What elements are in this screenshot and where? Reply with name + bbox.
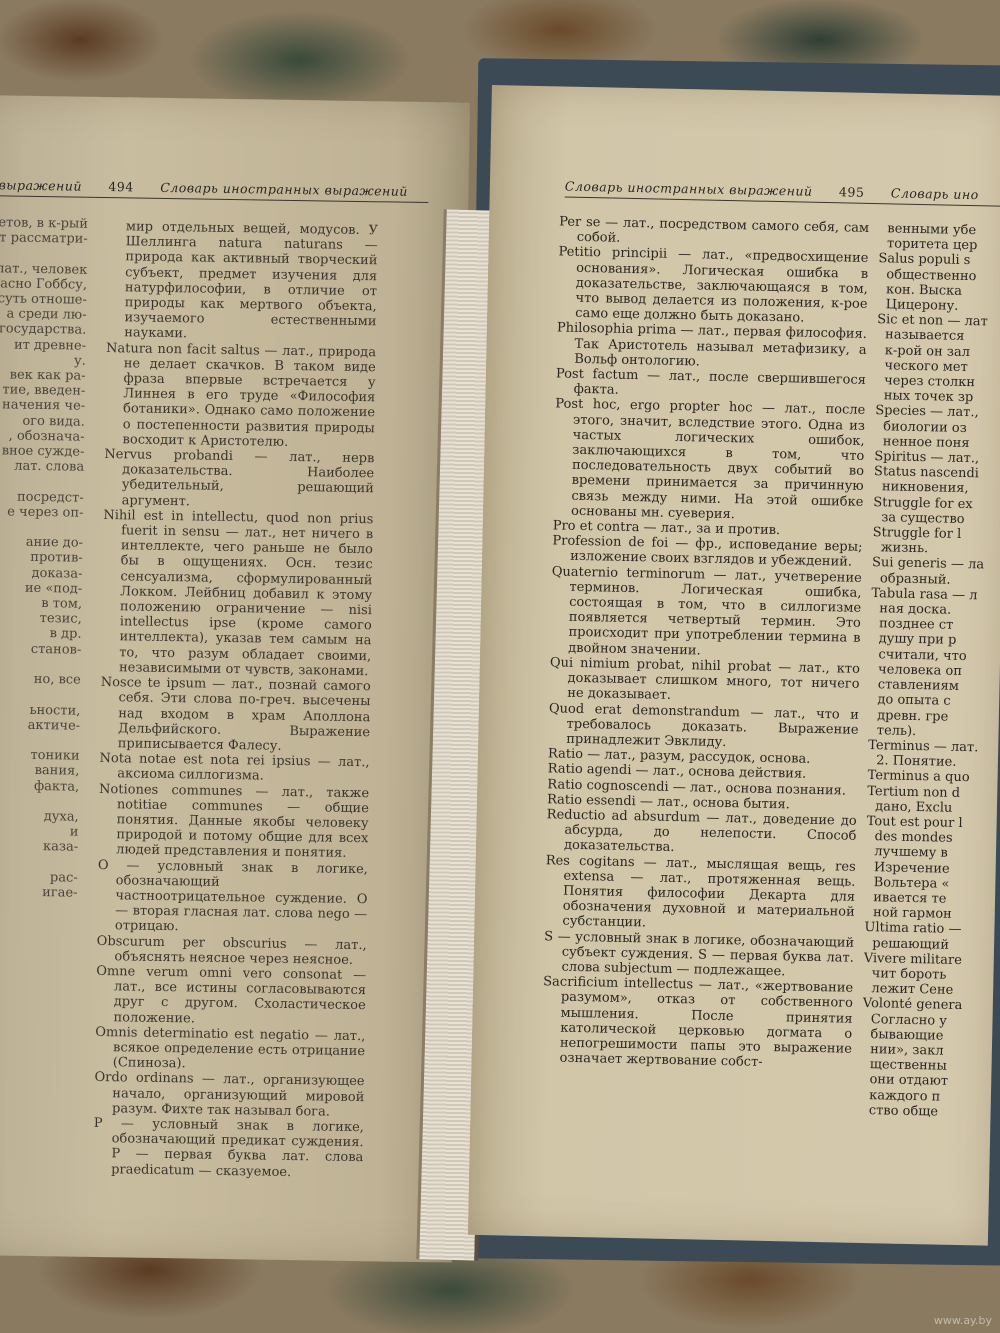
entry-term: Ratio — [548, 746, 583, 762]
entry-term: Nosce te ipsum — [101, 675, 207, 692]
dictionary-entry: O — условный знак в логике, обозначающий… — [97, 857, 368, 937]
entry-definition: — условный знак в логике, обозначающий с… — [553, 929, 854, 979]
cropped-text-line: в том, — [0, 595, 82, 612]
dictionary-entry: Qui nimium probat, nihil probat — лат., … — [549, 655, 860, 707]
dictionary-entry: Res cogitans — лат., мыслящая вещь, res … — [544, 853, 856, 935]
cropped-text-line — [0, 686, 81, 703]
cropped-text-line — [0, 793, 79, 810]
cropped-text-line: ят рассматри- — [0, 230, 88, 247]
cropped-text-line: посредст- — [0, 489, 84, 506]
entry-term: O — [98, 857, 109, 872]
dictionary-entry: Nota notae est nota rei ipsius — лат., а… — [99, 751, 369, 786]
cropped-text-line: станов- — [0, 641, 81, 658]
right-cut-column: венными убе торитета церSalus populi s о… — [860, 221, 1000, 1121]
right-running-head: Словарь иностранных выражений 495 Словар… — [565, 179, 1000, 207]
cropped-text-line: вное сужде- — [0, 443, 85, 460]
left-head-title: Словарь иностранных выражений — [160, 180, 408, 199]
cropped-text-line: вания, — [0, 762, 80, 779]
cropped-text-line: игае- — [0, 884, 78, 901]
cropped-text-line: асно Гоббсу, — [0, 276, 87, 293]
entry-definition: — лат., посредством самого себя, сам соб… — [577, 215, 870, 246]
cropped-text-line: ство обще — [860, 1103, 990, 1121]
cropped-text-line: ание до- — [0, 534, 83, 551]
entry-term: Ordo ordinans — [94, 1070, 193, 1087]
cropped-text-line: факта, — [0, 777, 79, 794]
entry-definition: — лат., «жертвование разумом», отказ от … — [559, 978, 853, 1070]
carpet-background-bottom — [0, 1203, 1000, 1333]
cropped-text-line: ит древне- — [0, 337, 86, 354]
cropped-text-line: против- — [0, 549, 83, 566]
dictionary-entry: мир отдельных вещей, модусов. У Шеллинга… — [106, 219, 378, 345]
cropped-text-line — [0, 656, 81, 673]
cropped-text-line — [0, 519, 83, 536]
left-page: выражений 494 Словарь иностранных выраже… — [0, 95, 470, 1263]
dictionary-entry: Notiones communes — лат., также notitiae… — [98, 781, 369, 861]
cropped-text-line: и — [0, 823, 79, 840]
left-main-column: мир отдельных вещей, модусов. У Шеллинга… — [93, 219, 378, 1181]
dictionary-entry: Omne verum omni vero consonat — лат., вс… — [95, 964, 366, 1029]
cropped-text-line: тезис, — [0, 610, 82, 627]
left-page-number: 494 — [108, 179, 134, 194]
cropped-text-line: у. — [0, 352, 86, 369]
entry-term: Petitio principii — [558, 245, 667, 262]
left-running-head: выражений 494 Словарь иностранных выраже… — [0, 177, 429, 203]
cropped-text-line: , обознача- — [0, 428, 85, 445]
entry-term: Per se — [559, 214, 601, 230]
cropped-text-line: е через оп- — [0, 504, 84, 521]
dictionary-entry: Reductio ad absurdum — лат., доведение д… — [546, 807, 857, 859]
cropped-text-line: ие «под- — [0, 580, 82, 597]
cropped-text-line: лат. слова — [0, 458, 84, 475]
dictionary-entry: Ordo ordinans — лат., организующее начал… — [94, 1070, 365, 1120]
dictionary-entry: Nihil est in intellectu, quod non prius … — [101, 508, 374, 679]
cropped-text-line — [0, 245, 88, 262]
entry-definition: — лат., нет ничего в интеллекте, чего ра… — [119, 525, 373, 679]
cropped-text-line: а среди лю- — [0, 306, 87, 323]
entry-term: P — [94, 1116, 103, 1131]
cropped-text-line: тоники — [0, 747, 80, 764]
entry-definition: мир отдельных вещей, модусов. У Шеллинга… — [124, 219, 378, 341]
cropped-text-line: лат., человек — [0, 261, 87, 278]
entry-term: Res cogitans — [546, 853, 635, 870]
entry-definition: — лат., учетверение терминов. Логическая… — [568, 567, 862, 658]
entry-term: S — [544, 929, 553, 944]
cropped-text-line — [0, 473, 84, 490]
cropped-text-line: век как ра- — [0, 367, 86, 384]
watermark: www.ay.by — [934, 1314, 992, 1327]
dictionary-entry: Philosophia prima — лат., первая философ… — [556, 321, 867, 373]
cropped-text-line: в др. — [0, 625, 82, 642]
left-cut-column: метов, в к-рыйят рассматри- лат., челове… — [0, 215, 88, 901]
right-main-column: Per se — лат., посредством самого себя, … — [541, 214, 869, 1072]
entry-term: Ratio essendi — [547, 792, 636, 809]
cropped-text-line: актиче- — [0, 717, 80, 734]
dictionary-entry: Post hoc, ergo propter hoc — лат., после… — [553, 397, 865, 525]
right-head-title: Словарь иностранных выражений — [565, 179, 813, 199]
entry-definition: — лат., после этого, значит, вследствие … — [571, 401, 865, 522]
right-page: Словарь иностранных выражений 495 Словар… — [468, 85, 1000, 1246]
cropped-text-line: государства. — [0, 321, 86, 338]
dictionary-entry: S — условный знак в логике, обозначающий… — [543, 929, 854, 981]
cropped-text-line: доказа- — [0, 565, 83, 582]
cropped-text-line: духа, — [0, 808, 79, 825]
cropped-text-line: но, все — [0, 671, 81, 688]
cropped-text-line: суть отноше- — [0, 291, 87, 308]
cropped-text-line: ого вида. — [0, 413, 85, 430]
dictionary-entry: Nervus probandi — лат., нерв доказательс… — [104, 447, 375, 512]
dictionary-entry: Omnis determinatio est negatio — лат., в… — [95, 1025, 366, 1075]
entry-definition: — условный знак в логике, обозначающий ч… — [108, 858, 368, 935]
entry-definition: — лат., природа не делает скачков. В так… — [122, 343, 376, 450]
entry-term: Pro et contra — [553, 518, 640, 535]
dictionary-entry: P — условный знак в логике, обозначающий… — [93, 1116, 364, 1181]
cropped-text-line: тие, введен- — [0, 382, 85, 399]
cropped-text-line: ьности, — [0, 701, 80, 718]
dictionary-entry: Petitio principii — лат., «предвосхищени… — [557, 245, 869, 327]
dictionary-entry: Nosce te ipsum — лат., познай самого себ… — [100, 675, 371, 755]
entry-term: Post factum — [556, 366, 639, 383]
cropped-text-line: каза- — [0, 838, 78, 855]
dictionary-entry: Sacrificium intellectus — лат., «жертвов… — [541, 974, 853, 1072]
entry-term: Nervus probandi — [104, 447, 233, 464]
dictionary-entry: Natura non facit saltus — лат., природа … — [104, 341, 376, 452]
right-page-number: 495 — [839, 184, 865, 200]
dictionary-entry: Quaternio terminorum — лат., учетверение… — [550, 564, 862, 662]
dictionary-entry: Quod erat demonstrandum — лат., что и тр… — [548, 701, 859, 753]
cropped-text-line — [0, 732, 80, 749]
right-head-fragment: Словарь ино — [891, 185, 979, 202]
left-head-fragment: выражений — [0, 177, 82, 193]
dictionary-entry: Obscurum per obscurius — лат., объяснять… — [96, 933, 366, 968]
cropped-text-line — [0, 853, 78, 870]
entry-definition: — условный знак в логике, обозначающий п… — [102, 1116, 363, 1180]
cropped-text-line: рас- — [0, 869, 78, 886]
cropped-text-line: метов, в к-рый — [0, 215, 88, 232]
entry-term: Ratio agendi — [548, 762, 632, 779]
cropped-text-line: начения че- — [0, 397, 85, 414]
